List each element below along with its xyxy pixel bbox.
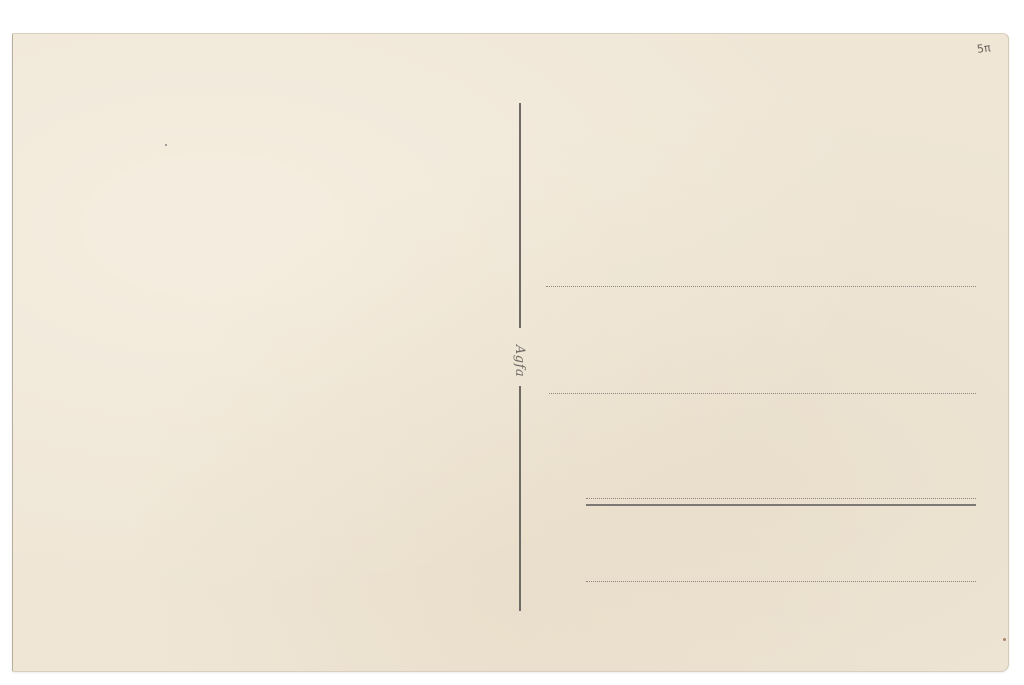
center-divider-bottom: [519, 386, 521, 611]
address-line-1: [546, 286, 976, 287]
pencil-corner-mark: 5π: [976, 41, 991, 56]
paper-speck: [1003, 638, 1006, 641]
address-line-2: [549, 393, 976, 394]
brand-imprint: Agfa: [503, 344, 537, 378]
address-line-3-underline: [586, 504, 976, 506]
address-line-3-dotted: [586, 498, 976, 499]
postcard-back: 5π Agfa: [12, 33, 1009, 672]
paper-speck: [165, 144, 167, 146]
address-line-4: [586, 581, 976, 582]
center-divider-top: [519, 103, 521, 328]
